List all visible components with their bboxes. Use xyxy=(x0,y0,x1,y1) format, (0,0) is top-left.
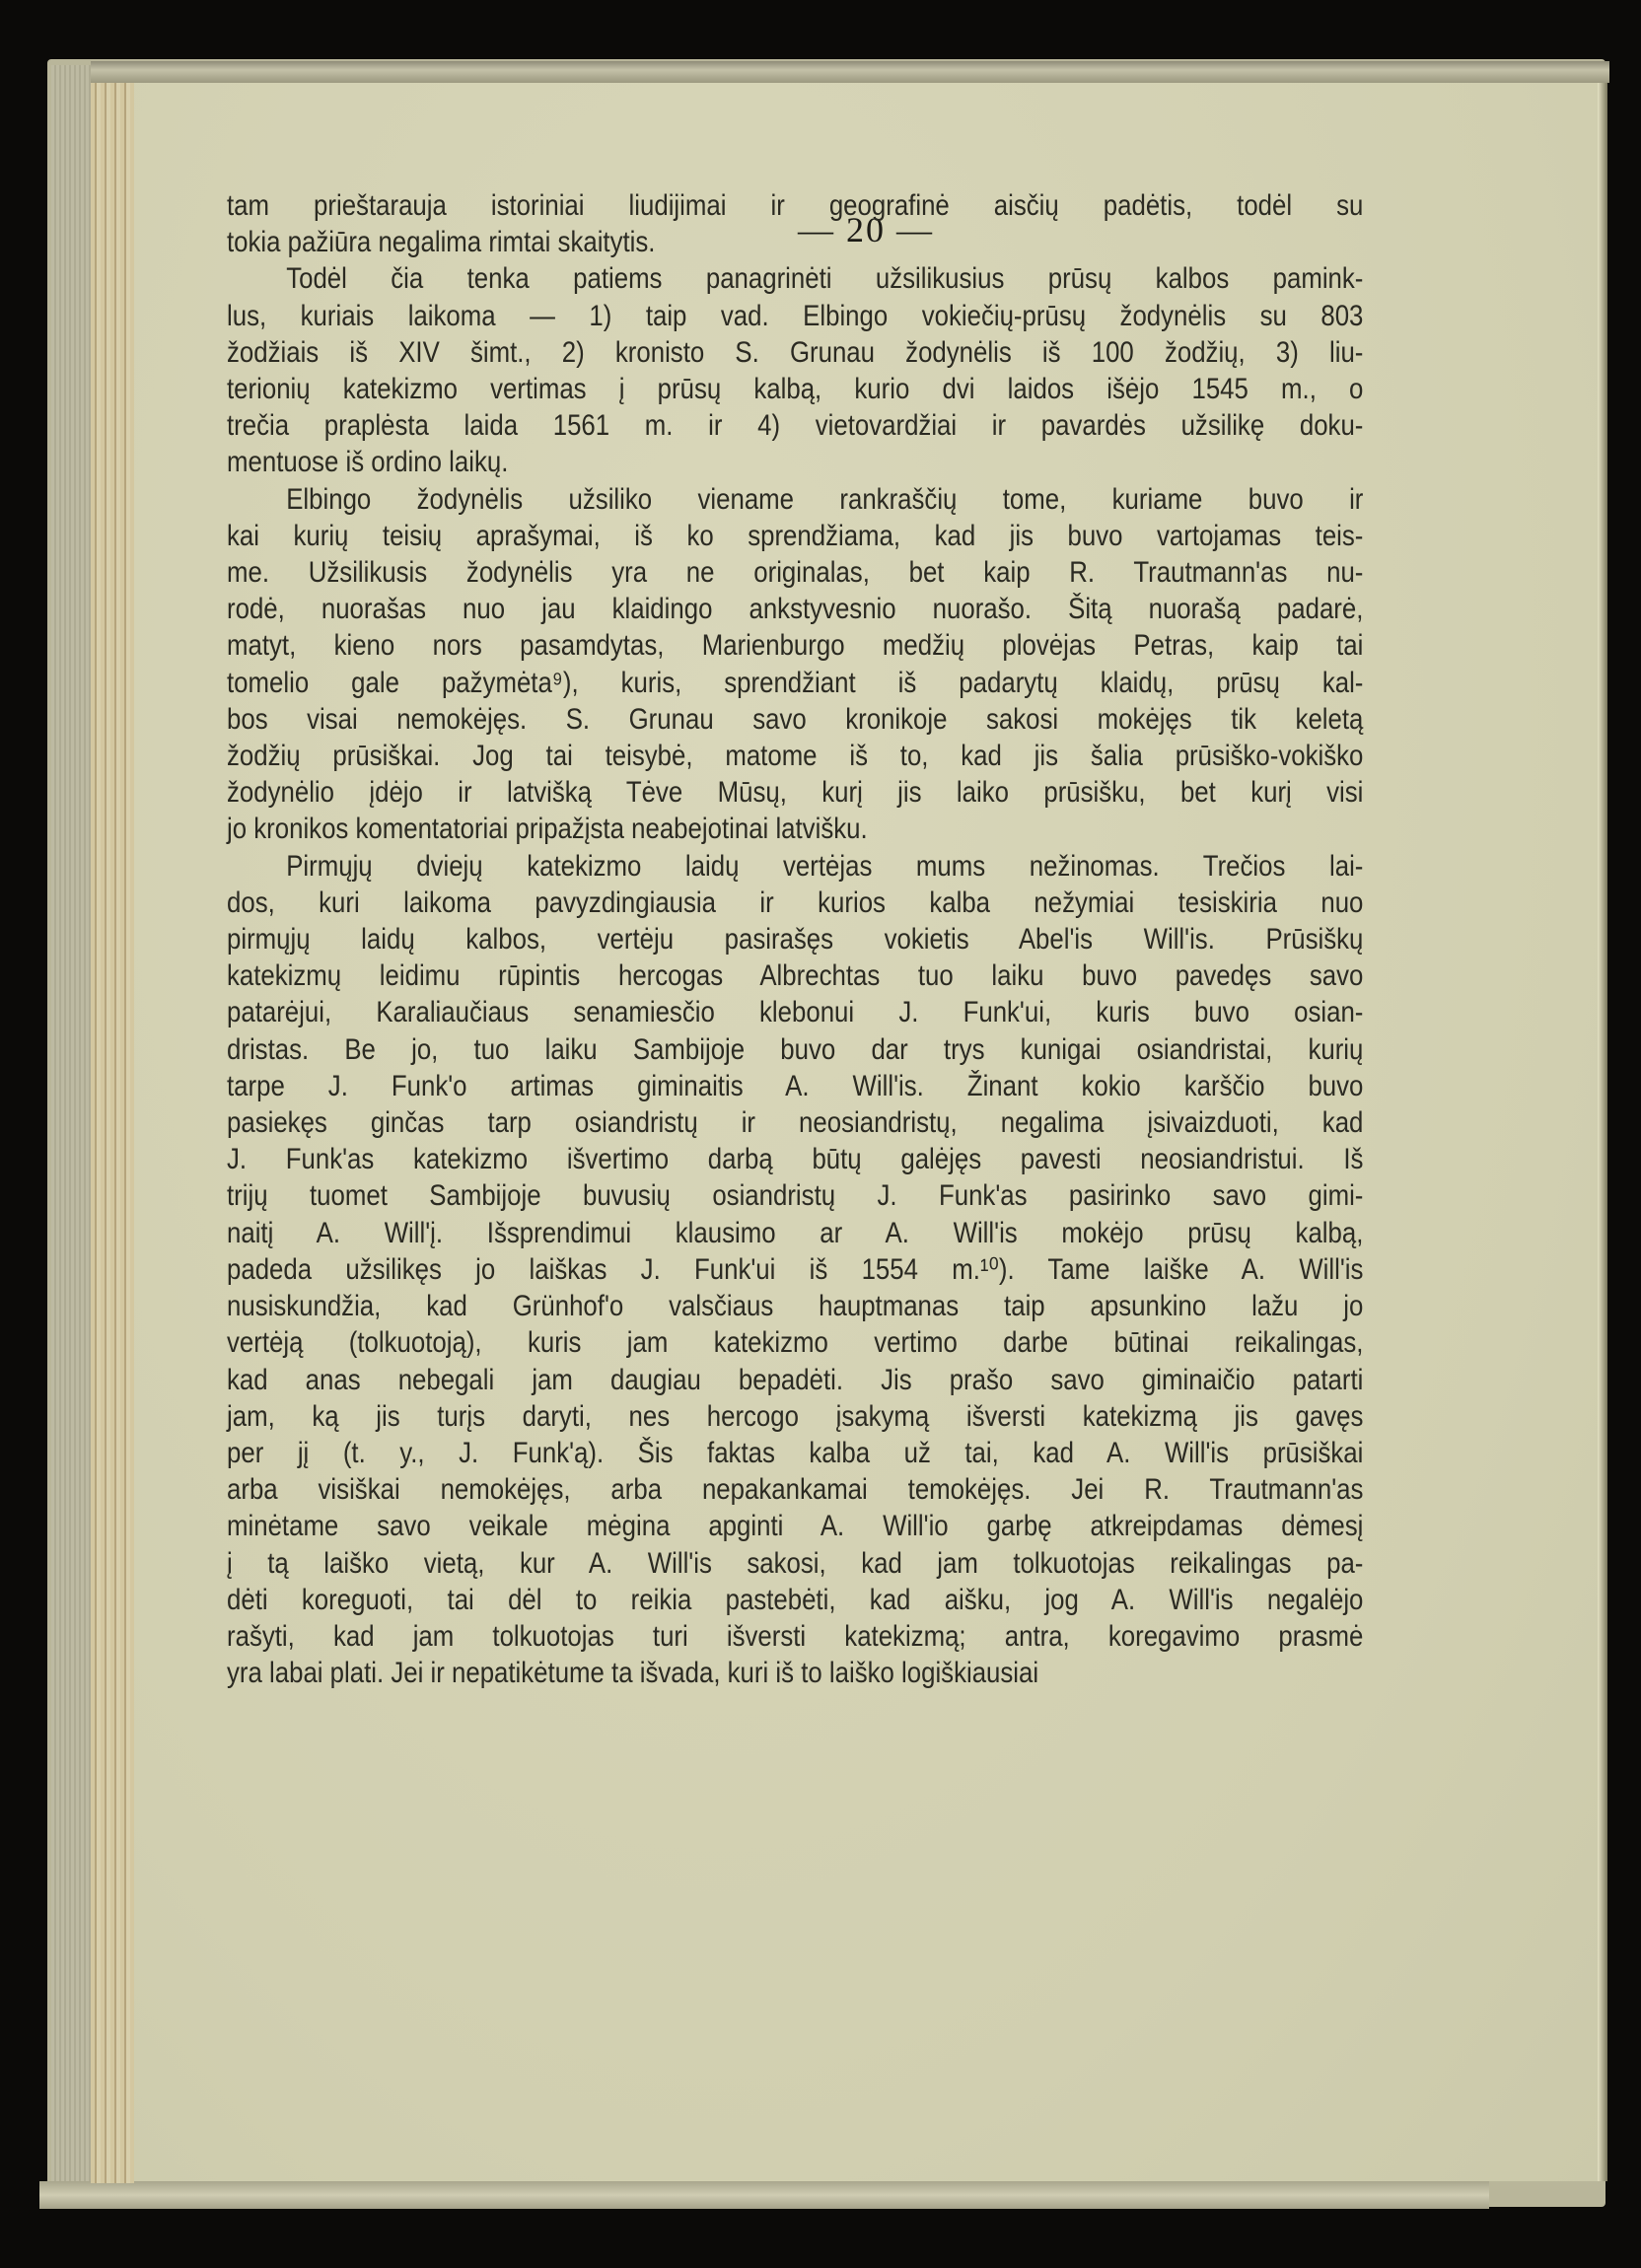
text-line: tokia pažiūra negalima rimtai skaitytis. xyxy=(227,224,1363,260)
text-line: žodžių prūsiškai. Jog tai teisybė, matom… xyxy=(227,738,1363,774)
text-line: me. Užsilikusis žodynėlis yra ne origina… xyxy=(227,554,1363,591)
paragraph: tam prieštarauja istoriniai liudijimai i… xyxy=(227,187,1363,260)
text-line: žodynėlio įdėjo ir latvišką Tėve Mūsų, k… xyxy=(227,774,1363,811)
text-line: patarėjui, Karaliaučiaus senamiesčio kle… xyxy=(227,994,1363,1030)
text-line: dristas. Be jo, tuo laiku Sambijoje buvo… xyxy=(227,1031,1363,1068)
text-line: yra labai plati. Jei ir nepatikėtume ta … xyxy=(227,1655,1363,1691)
text-line: trijų tuomet Sambijoje buvusių osiandris… xyxy=(227,1177,1363,1214)
text-line: kai kurių teisių aprašymai, iš ko sprend… xyxy=(227,518,1363,554)
text-line: vertėją (tolkuotoją), kuris jam katekizm… xyxy=(227,1324,1363,1361)
text-line: tam prieštarauja istoriniai liudijimai i… xyxy=(227,187,1363,224)
text-line: pasiekęs ginčas tarp osiandristų ir neos… xyxy=(227,1104,1363,1141)
text-line: arba visiškai nemokėjęs, arba nepakankam… xyxy=(227,1471,1363,1508)
text-line: dos, kuri laikoma pavyzdingiausia ir kur… xyxy=(227,885,1363,921)
text-line: J. Funk'as katekizmo išvertimo darbą būt… xyxy=(227,1141,1363,1177)
paragraph: Todėl čia tenka patiems panagrinėti užsi… xyxy=(227,260,1363,480)
text-line: lus, kuriais laikoma — 1) taip vad. Elbi… xyxy=(227,298,1363,334)
paragraph: Elbingo žodynėlis užsiliko viename rankr… xyxy=(227,481,1363,848)
text-line: trečia praplėsta laida 1561 m. ir 4) vie… xyxy=(227,407,1363,444)
text-line: jam, ką jis turįs daryti, nes hercogo įs… xyxy=(227,1398,1363,1435)
text-line: nusiskundžia, kad Grünhof'o valsčiaus ha… xyxy=(227,1288,1363,1324)
text-line: bos visai nemokėjęs. S. Grunau savo kron… xyxy=(227,701,1363,738)
text-line: kad anas nebegali jam daugiau bepadėti. … xyxy=(227,1362,1363,1398)
book-spine-cloth xyxy=(51,65,91,2205)
text-line: naitį A. Will'į. Išsprendimui klausimo a… xyxy=(227,1215,1363,1251)
text-line: katekizmų leidimu rūpintis hercogas Albr… xyxy=(227,957,1363,994)
text-line: per jį (t. y., J. Funk'ą). Šis faktas ka… xyxy=(227,1435,1363,1471)
text-line: pirmųjų laidų kalbos, vertėju pasirašęs … xyxy=(227,921,1363,957)
text-line: Pirmųjų dviejų katekizmo laidų vertėjas … xyxy=(227,848,1363,885)
text-line: matyt, kieno nors pasamdytas, Marienburg… xyxy=(227,627,1363,664)
text-line: į tą laiško vietą, kur A. Will'is sakosi… xyxy=(227,1545,1363,1582)
text-line: terionių katekizmo vertimas į prūsų kalb… xyxy=(227,371,1363,407)
paragraph: Pirmųjų dviejų katekizmo laidų vertėjas … xyxy=(227,848,1363,1692)
book-bottom-edge xyxy=(39,2181,1489,2209)
text-line: rašyti, kad jam tolkuotojas turi išverst… xyxy=(227,1618,1363,1655)
text-line: dėti koreguoti, tai dėl to reikia pasteb… xyxy=(227,1582,1363,1618)
text-line: jo kronikos komentatoriai pripažįsta nea… xyxy=(227,811,1363,847)
page-stack-edges xyxy=(91,83,134,2183)
book-top-edge xyxy=(91,61,1609,83)
text-line: mentuose iš ordino laikų. xyxy=(227,444,1363,480)
text-line: rodė, nuorašas nuo jau klaidingo ankstyv… xyxy=(227,591,1363,627)
text-line: minėtame savo veikale mėgina apginti A. … xyxy=(227,1508,1363,1544)
text-line: Todėl čia tenka patiems panagrinėti užsi… xyxy=(227,260,1363,297)
text-line: žodžiais iš XIV šimt., 2) kronisto S. Gr… xyxy=(227,334,1363,371)
body-text: tam prieštarauja istoriniai liudijimai i… xyxy=(227,187,1363,1691)
text-line: Elbingo žodynėlis užsiliko viename rankr… xyxy=(227,481,1363,518)
page-right-edge xyxy=(1598,83,1607,2181)
text-line: padeda užsilikęs jo laiškas J. Funk'ui i… xyxy=(227,1251,1363,1288)
text-line: tarpe J. Funk'o artimas giminaitis A. Wi… xyxy=(227,1068,1363,1104)
text-line: tomelio gale pažymėta⁹), kuris, sprendži… xyxy=(227,665,1363,701)
